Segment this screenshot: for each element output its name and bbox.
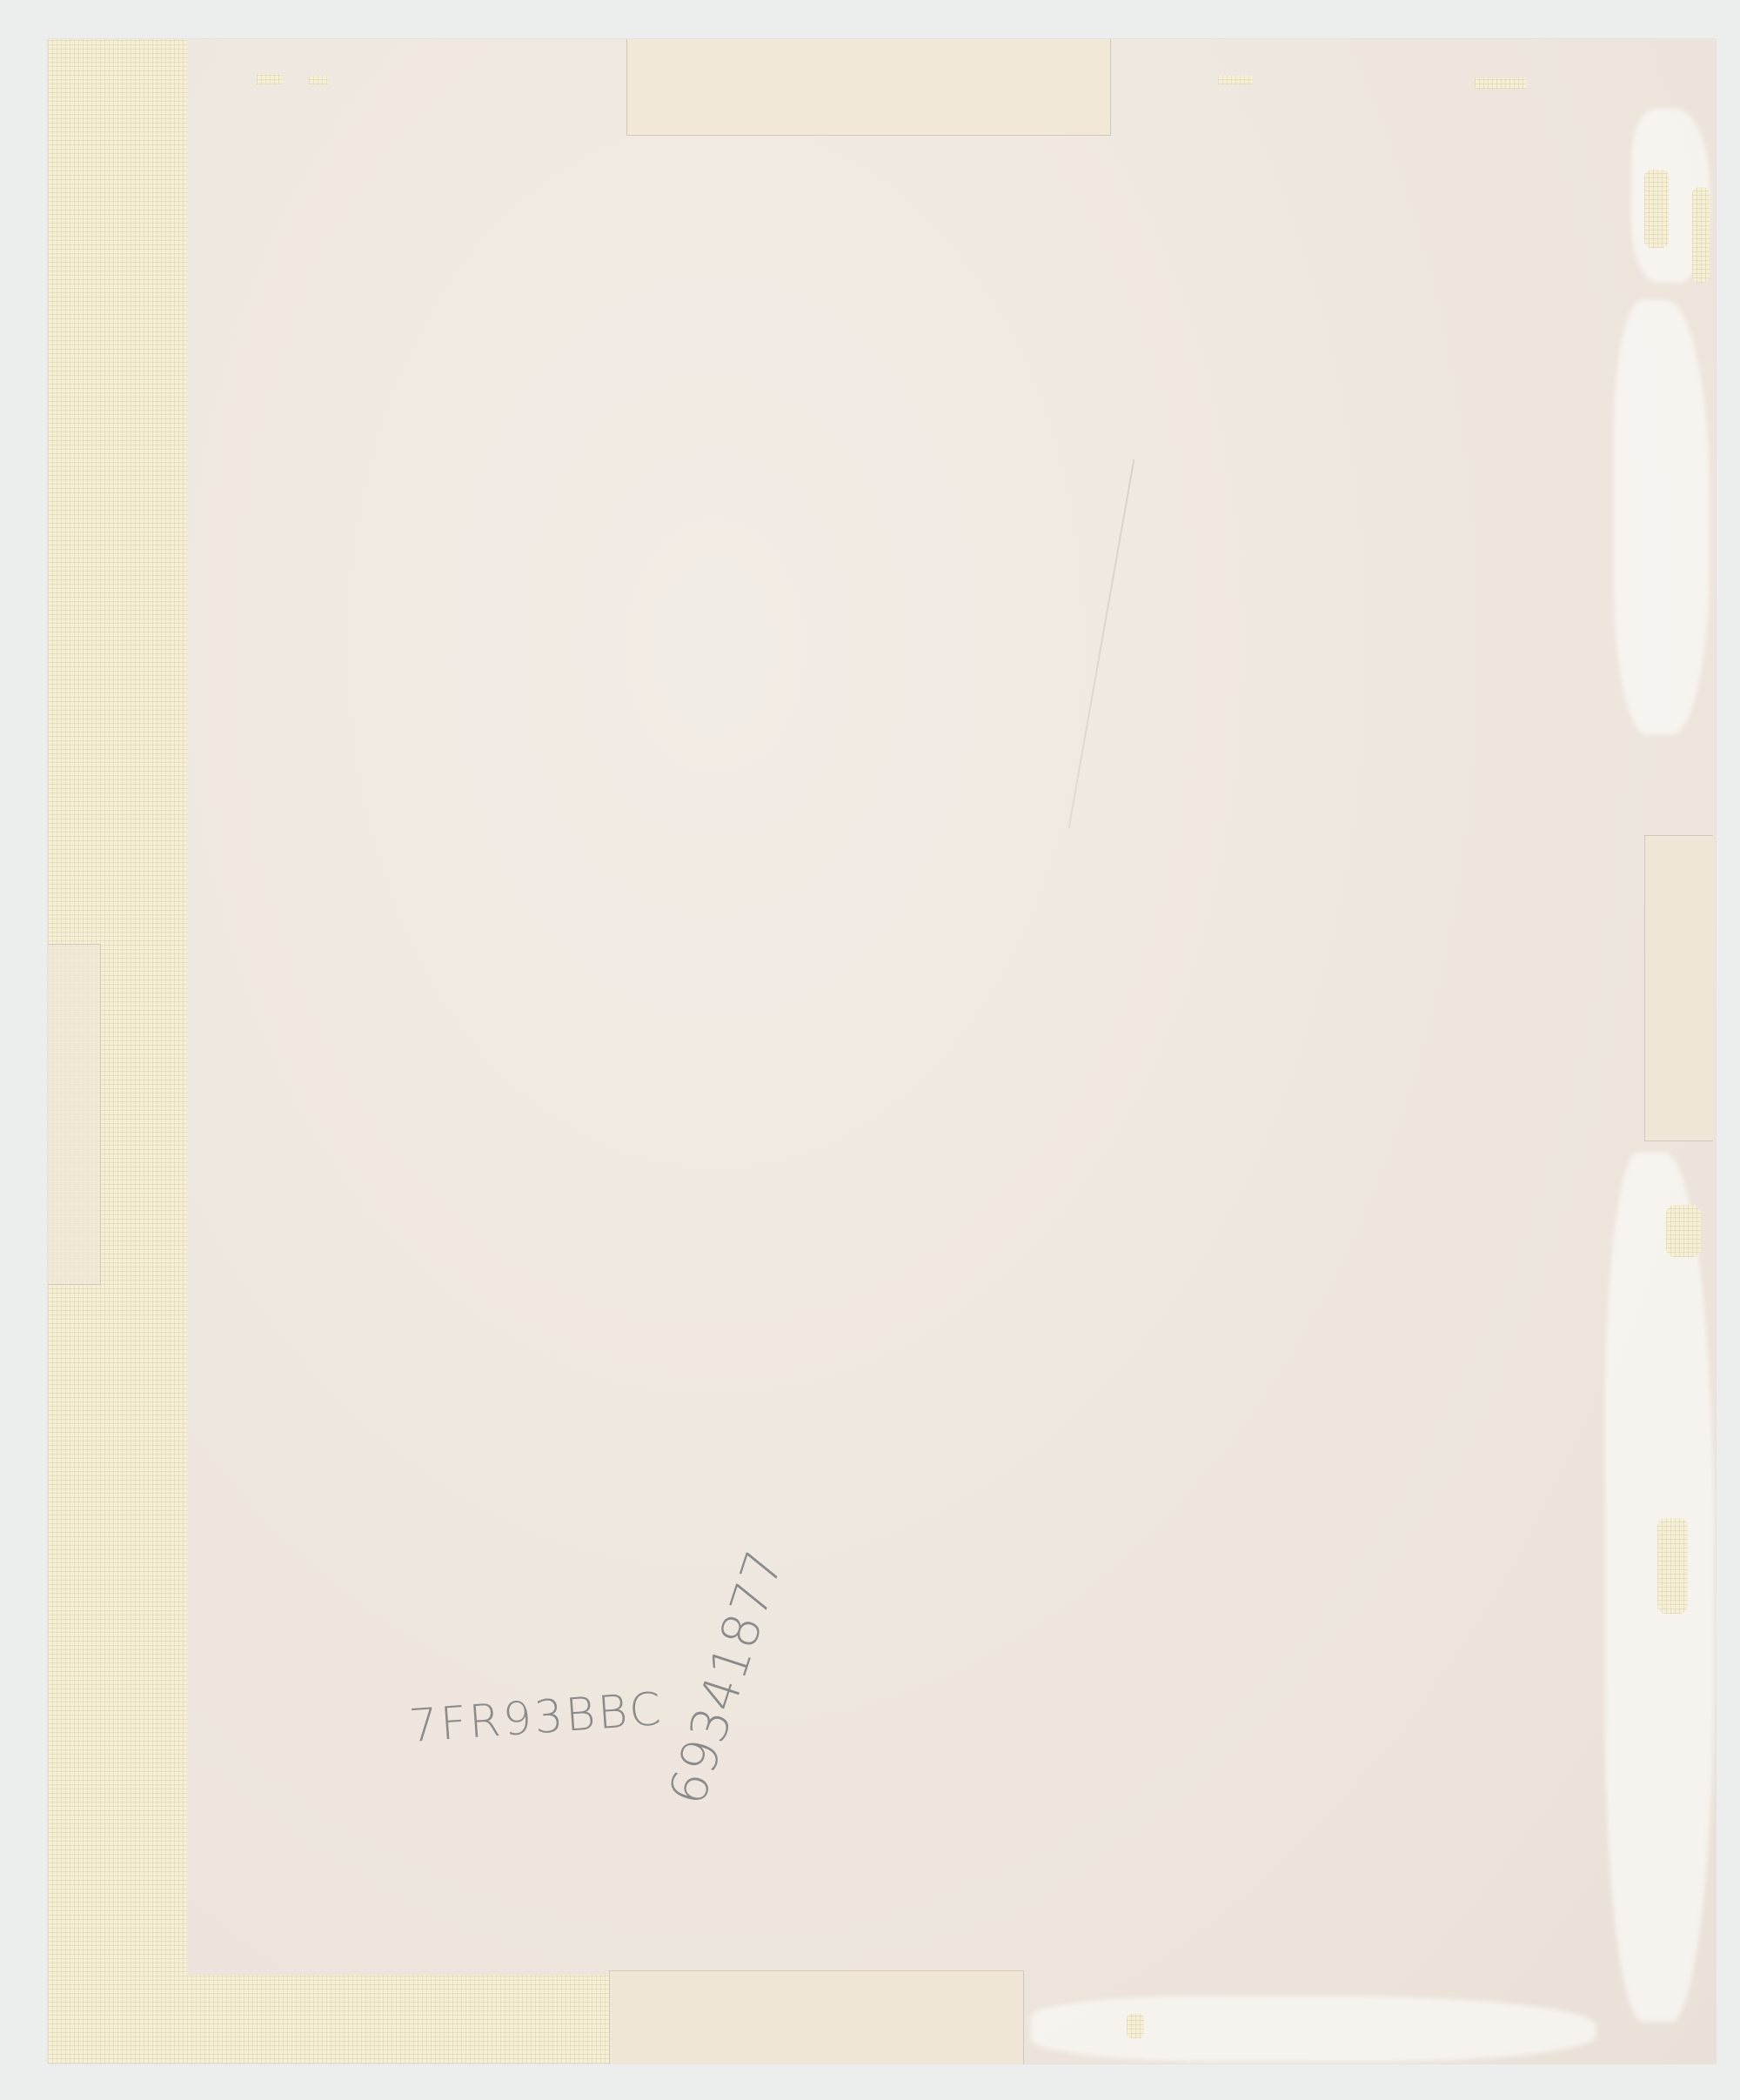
bottom-scuff <box>1031 1996 1596 2062</box>
top-tape-piece <box>626 39 1111 136</box>
right-edge-residue <box>1657 1518 1688 1614</box>
top-residue <box>309 76 328 84</box>
right-edge-residue <box>1666 1205 1701 1257</box>
right-clear-tape <box>1644 835 1713 1141</box>
right-edge-residue <box>1644 170 1669 248</box>
bottom-clear-tape <box>609 1970 1024 2064</box>
bottom-residue <box>1127 2014 1144 2038</box>
top-residue <box>1218 76 1253 84</box>
paper-sheet <box>48 39 1716 2063</box>
right-edge-scuff <box>1614 300 1710 735</box>
top-residue <box>1475 78 1527 89</box>
top-residue <box>257 74 283 84</box>
bottom-fabric-tape <box>187 1975 609 2063</box>
left-clear-tape-patch <box>48 944 101 1285</box>
right-edge-residue <box>1692 187 1710 283</box>
faint-pencil-stroke <box>1068 459 1135 828</box>
